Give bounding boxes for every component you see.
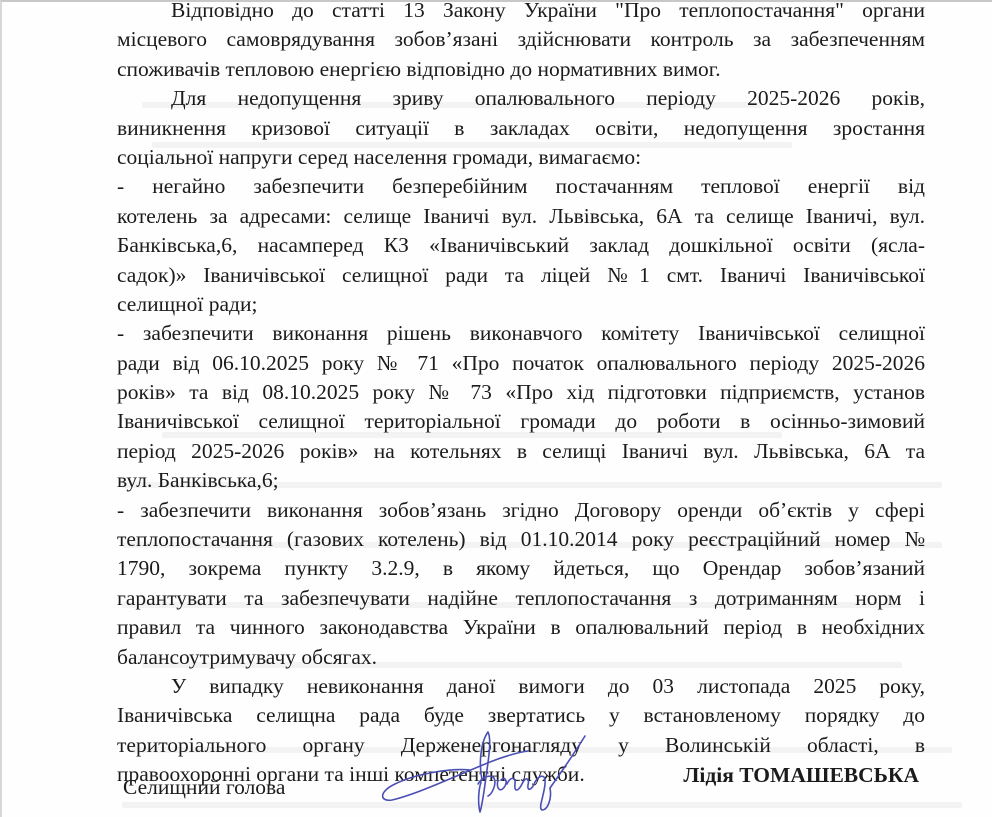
text-line: років» та від 08.10.2025 року № 73 «Про … xyxy=(117,378,925,407)
paragraph-law-reference: Відповідно до статті 13 Закону України "… xyxy=(117,0,925,84)
signatory-title: Селищний голова xyxy=(123,775,285,800)
text-line: селищної ради; xyxy=(117,290,925,319)
list-item-demand-3: - забезпечити виконання зобов’язань згід… xyxy=(117,496,925,672)
text-line: соціальної напруги серед населення грома… xyxy=(117,143,925,172)
text-line: гарантувати та забезпечувати надійне теп… xyxy=(117,584,925,613)
text-line: садок)» Іваничівської селищної ради та л… xyxy=(117,261,925,290)
text-line: Для недопущення зриву опалювального пері… xyxy=(117,84,925,113)
text-line: балансоутримувачу обсягах. xyxy=(117,643,925,672)
text-line: - забезпечити виконання зобов’язань згід… xyxy=(117,496,925,525)
text-line: - забезпечити виконання рішень виконавчо… xyxy=(117,319,925,348)
text-line: котелень за адресами: селище Іваничі вул… xyxy=(117,202,925,231)
text-line: - негайно забезпечити безперебійним пост… xyxy=(117,172,925,201)
text-line: вул. Банківська,6; xyxy=(117,466,925,495)
text-line: правил та чинного законодавства України … xyxy=(117,613,925,642)
signature-block: Селищний голова Лідія ТОМАШЕВСЬКА xyxy=(117,771,925,805)
text-line: Відповідно до статті 13 Закону України "… xyxy=(117,0,925,25)
list-item-demand-1: - негайно забезпечити безперебійним пост… xyxy=(117,172,925,319)
signatory-name: Лідія ТОМАШЕВСЬКА xyxy=(683,763,919,788)
text-line: період 2025-2026 років» на котельнях в с… xyxy=(117,437,925,466)
text-line: споживачів тепловою енергією відповідно … xyxy=(117,55,925,84)
text-line: теплопостачання (газових котелень) від 0… xyxy=(117,525,925,554)
text-line: виникнення кризової ситуації в закладах … xyxy=(117,114,925,143)
list-item-demand-2: - забезпечити виконання рішень виконавчо… xyxy=(117,319,925,495)
text-line: 1790, зокрема пункту 3.2.9, в якому йдет… xyxy=(117,554,925,583)
text-line: Банківська,6, насамперед КЗ «Іваничівськ… xyxy=(117,231,925,260)
paragraph-demand-intro: Для недопущення зриву опалювального пері… xyxy=(117,84,925,172)
document-body: Відповідно до статті 13 Закону України "… xyxy=(117,0,925,790)
text-line: місцевого самоврядування зобов’язані зді… xyxy=(117,25,925,54)
text-line: Іваничівської селищної територіальної гр… xyxy=(117,407,925,436)
text-line: У випадку невиконання даної вимоги до 03… xyxy=(117,672,925,701)
text-line: ради від 06.10.2025 року № 71 «Про почат… xyxy=(117,349,925,378)
